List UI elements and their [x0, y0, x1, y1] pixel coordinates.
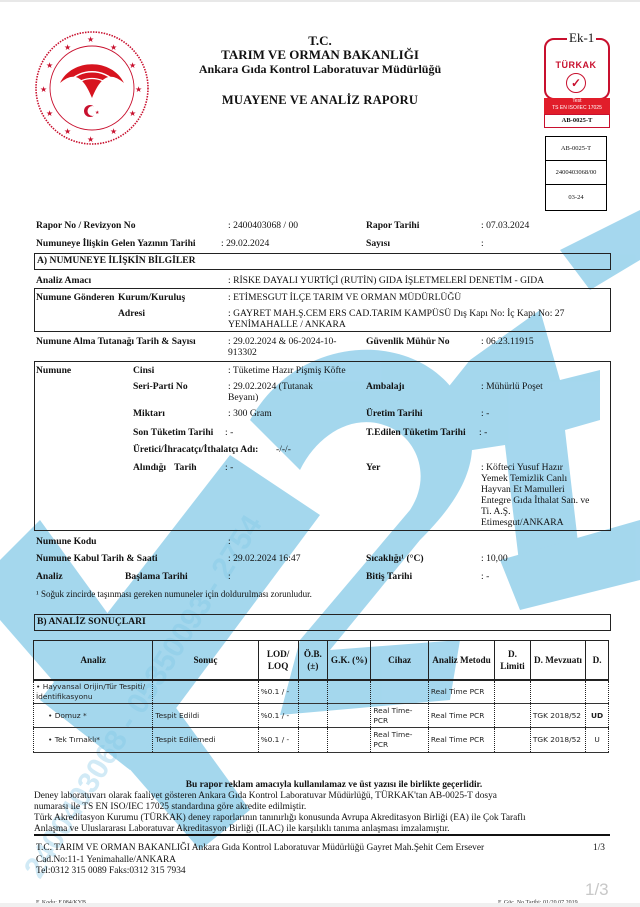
- header-ministry: TARIM VE ORMAN BAKANLIĞI: [160, 48, 480, 62]
- purpose-value: : RİSKE DAYALI YURTİÇİ (RUTİN) GIDA İŞLE…: [228, 275, 544, 286]
- report-no-value: : 2400403068 / 00: [228, 220, 298, 231]
- type-value: : Tüketime Hazır Pişmiş Köfte: [228, 365, 346, 376]
- notes-title: Bu rapor reklam amacıyla kullanılamaz ve…: [34, 780, 614, 791]
- turkak-test-label: Test: [544, 98, 610, 105]
- id-box-report-no: 2400403068/00: [546, 161, 606, 185]
- page-title: MUAYENE VE ANALİZ RAPORU: [160, 93, 480, 108]
- svg-text:★: ★: [64, 127, 71, 136]
- sender-label: Numune Gönderen: [36, 292, 114, 303]
- cell-device: Real Time-PCR: [371, 728, 429, 753]
- report-id-box: AB-0025-T 2400403068/00 03-24: [545, 136, 607, 211]
- cell-limit: [495, 704, 531, 728]
- cell-limit: [495, 728, 531, 753]
- svg-text:★: ★: [46, 109, 53, 118]
- cell-method: Real Time PCR: [428, 728, 494, 753]
- svg-text:★: ★: [40, 85, 47, 94]
- table-row: • Hayvansal Orijin/Tür Tespiti/İdentifik…: [34, 680, 609, 704]
- packaging-label: Ambalajı: [366, 381, 404, 392]
- checkmark-icon: ✓: [566, 73, 586, 93]
- letter-date-label: Numuneye İlişkin Gelen Yazının Tarihi: [36, 238, 196, 249]
- col-method: Analiz Metodu: [428, 641, 494, 681]
- cell-result: Tespit Edildi: [153, 704, 258, 728]
- cell-analysis: • Hayvansal Orijin/Tür Tespiti/İdentifik…: [34, 680, 153, 704]
- batch-line-2: Beyanı): [228, 392, 258, 403]
- report-date-value: : 07.03.2024: [481, 220, 529, 231]
- header-lab: Ankara Gıda Kontrol Laboratuvar Müdürlüğ…: [160, 62, 480, 76]
- cell-result: Tespit Edilemedi: [153, 728, 258, 753]
- accept-value: : 29.02.2024 16:47: [228, 553, 301, 564]
- address-label: Adresi: [118, 308, 145, 319]
- cell-ob: [298, 728, 327, 753]
- viewer-page-indicator: 1/3: [585, 880, 609, 900]
- viewer-bottom-bar: [0, 903, 640, 907]
- cell-ob: [298, 680, 327, 704]
- address-line-2: YENİMAHALLE / ANKARA: [228, 319, 346, 330]
- producer-label: Üretici/İhracatçı/İthalatçı Adı:: [133, 444, 258, 455]
- svg-text:★: ★: [64, 43, 71, 52]
- cell-d: UD: [586, 704, 609, 728]
- expiry-label: Son Tüketim Tarihi: [133, 427, 213, 438]
- minutes-label: Numune Alma Tutanağı Tarih & Sayısı: [36, 336, 196, 347]
- cell-device: [371, 680, 429, 704]
- purpose-label: Analiz Amacı: [36, 275, 91, 286]
- ministry-seal-icon: ★★★ ★★★★ ★★★★★ ★: [32, 28, 152, 148]
- page-number: 1/3: [593, 843, 605, 853]
- end-label: Bitiş Tarihi: [366, 571, 412, 582]
- cell-ob: [298, 704, 327, 728]
- cell-d: U: [586, 728, 609, 753]
- seal-label: Güvenlik Mühür No: [366, 336, 450, 347]
- analysis-label: Analiz: [36, 571, 63, 582]
- cell-d: [586, 680, 609, 704]
- cell-lod: %0.1 / -: [258, 704, 298, 728]
- svg-text:★: ★: [95, 110, 100, 116]
- notes-p1-line1: Deney laboratuvarı olarak faaliyet göste…: [34, 791, 614, 802]
- results-table: Analiz Sonuç LOD/ LOQ Ö.B. (±) G.K. (%) …: [33, 640, 609, 753]
- col-gk: G.K. (%): [327, 641, 370, 681]
- footer-line1: T.C. TARIM VE ORMAN BAKANLIĞI Ankara Gıd…: [36, 843, 606, 855]
- col-regulation: D. Mevzuatı: [530, 641, 585, 681]
- svg-text:★: ★: [135, 85, 142, 94]
- cell-lod: %0.1 / -: [258, 728, 298, 753]
- svg-text:★: ★: [87, 35, 94, 44]
- batch-line-1: : 29.02.2024 (Tutanak: [228, 381, 313, 392]
- sample-label: Numune: [36, 365, 71, 376]
- section-b-title: B) ANALİZ SONUÇLARI: [37, 616, 146, 627]
- cell-regulation: [530, 680, 585, 704]
- seal-value: : 06.23.11915: [481, 336, 534, 347]
- svg-text:★: ★: [110, 127, 117, 136]
- report-no-label: Rapor No / Revizyon No: [36, 220, 136, 231]
- minutes-line-1: : 29.02.2024 & 06-2024-10-: [228, 336, 336, 347]
- col-device: Cihaz: [371, 641, 429, 681]
- svg-text:★: ★: [129, 109, 136, 118]
- footer-divider: [34, 834, 610, 836]
- cell-method: Real Time PCR: [428, 680, 494, 704]
- cell-gk: [327, 704, 370, 728]
- footnote: ¹ Soğuk zincirde taşınması gereken numun…: [36, 589, 312, 600]
- place-label: Yer: [366, 462, 380, 473]
- code-label: Numune Kodu: [36, 536, 97, 547]
- count-value: :: [481, 238, 484, 249]
- start-label: Başlama Tarihi: [125, 571, 188, 582]
- notes-p2-line1: Türk Akreditasyon Kurumu (TÜRKAK) deney …: [34, 813, 614, 824]
- place-line: Entegre Gıda İthalat San. ve: [481, 495, 589, 506]
- svg-text:★: ★: [87, 135, 94, 144]
- cell-lod: %0.1 / -: [258, 680, 298, 704]
- recommended-label: T.Edilen Tüketim Tarihi: [366, 427, 466, 438]
- cell-device: Real Time-PCR: [371, 704, 429, 728]
- cell-gk: [327, 680, 370, 704]
- address-line-1: : GAYRET MAH.Ş.CEM ERS CAD.TARIM KAMPÜSÜ…: [228, 308, 564, 319]
- svg-text:★: ★: [46, 61, 53, 70]
- start-value: :: [228, 571, 231, 582]
- accreditation-notes: Bu rapor reklam amacıyla kullanılamaz ve…: [34, 780, 614, 835]
- table-row: • Tek Tırnaklı* Tespit Edilemedi %0.1 / …: [34, 728, 609, 753]
- cell-regulation: TGK 2018/52: [530, 704, 585, 728]
- cell-limit: [495, 680, 531, 704]
- expiry-value: : -: [225, 427, 233, 438]
- id-box-date: 03-24: [546, 185, 606, 210]
- cell-analysis: • Domuz *: [34, 704, 153, 728]
- svg-text:★: ★: [129, 61, 136, 70]
- batch-label: Seri-Parti No: [133, 381, 188, 392]
- cell-gk: [327, 728, 370, 753]
- amount-value: : 300 Gram: [228, 408, 272, 419]
- place-line: Hayvan Et Mamulleri: [481, 484, 565, 495]
- col-d: D.: [586, 641, 609, 681]
- accept-label: Numune Kabul Tarih & Saati: [36, 553, 158, 564]
- cell-regulation: TGK 2018/52: [530, 728, 585, 753]
- place-line: Etimesgut/ANKARA: [481, 517, 564, 528]
- place-line: : Köfteci Yusuf Hazır: [481, 462, 563, 473]
- producer-value: -/-/-: [276, 444, 291, 455]
- results-header-row: Analiz Sonuç LOD/ LOQ Ö.B. (±) G.K. (%) …: [34, 641, 609, 681]
- report-header: T.C. TARIM VE ORMAN BAKANLIĞI Ankara Gıd…: [160, 34, 480, 108]
- turkak-code: AB-0025-T: [544, 114, 610, 128]
- taken-date-label: Tarih: [174, 462, 197, 473]
- type-label: Cinsi: [133, 365, 154, 376]
- id-box-accreditation: AB-0025-T: [546, 137, 606, 161]
- recommended-value: : -: [479, 427, 487, 438]
- turkak-brand: TÜRKAK: [548, 60, 604, 70]
- footer-line2: Cad.No:11-1 Yenimahalle/ANKARA: [36, 855, 606, 867]
- cell-method: Real Time PCR: [428, 704, 494, 728]
- svg-text:★: ★: [110, 43, 117, 52]
- packaging-value: : Mühürlü Poşet: [481, 381, 543, 392]
- turkak-standard: TS EN ISO/IEC 17025: [544, 105, 610, 112]
- minutes-line-2: 913302: [228, 347, 257, 358]
- production-value: : -: [481, 408, 489, 419]
- taken-label: Alındığı: [133, 462, 166, 473]
- col-analysis: Analiz: [34, 641, 153, 681]
- cell-analysis: • Tek Tırnaklı*: [34, 728, 153, 753]
- col-limit: D. Limiti: [495, 641, 531, 681]
- place-line: Yemek Temizlik Canlı: [481, 473, 567, 484]
- count-label: Sayısı: [366, 238, 390, 249]
- temperature-value: : 10,00: [481, 553, 508, 564]
- letter-date-value: : 29.02.2024: [221, 238, 269, 249]
- notes-p1-line2: numarası ile TS EN ISO/IEC 17025 standar…: [34, 802, 614, 813]
- section-a-title: A) NUMUNEYE İLİŞKİN BİLGİLER: [37, 255, 196, 266]
- col-lod: LOD/ LOQ: [258, 641, 298, 681]
- temperature-label: Sıcaklığı¹ (°C): [366, 553, 424, 564]
- institution-value: : ETİMESGUT İLÇE TARIM VE ORMAN MÜDÜRLÜĞ…: [228, 292, 461, 303]
- institution-label: Kurum/Kuruluş: [118, 292, 185, 303]
- footer-line3: Tel:0312 315 0089 Faks:0312 315 7934: [36, 866, 606, 878]
- col-ob: Ö.B. (±): [298, 641, 327, 681]
- amount-label: Miktarı: [133, 408, 165, 419]
- end-value: : -: [481, 571, 489, 582]
- table-row: • Domuz * Tespit Edildi %0.1 / - Real Ti…: [34, 704, 609, 728]
- col-result: Sonuç: [153, 641, 258, 681]
- code-value: :: [228, 536, 231, 547]
- annex-label: Ek-1: [567, 30, 596, 46]
- footer-address: T.C. TARIM VE ORMAN BAKANLIĞI Ankara Gıd…: [36, 843, 606, 878]
- header-line-tc: T.C.: [160, 34, 480, 48]
- taken-date-value: : -: [225, 462, 233, 473]
- turkak-test-band: Test TS EN ISO/IEC 17025: [544, 98, 610, 114]
- place-line: Ti. A.Ş.: [481, 506, 511, 517]
- cell-result: [153, 680, 258, 704]
- production-label: Üretim Tarihi: [366, 408, 423, 419]
- report-date-label: Rapor Tarihi: [366, 220, 419, 231]
